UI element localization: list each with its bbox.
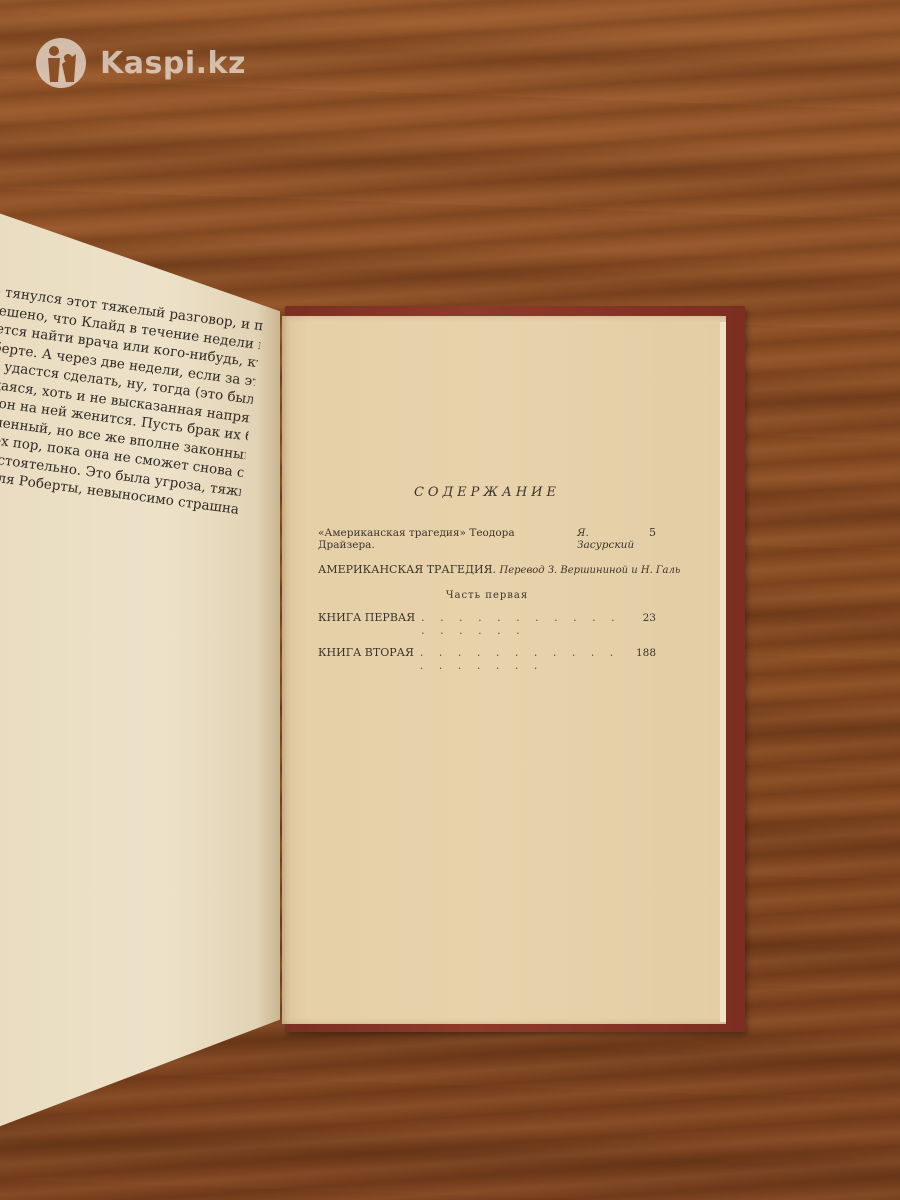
toc-intro-entry: «Американская трагедия» Теодора Драйзера… xyxy=(318,526,656,551)
entry-page: 188 xyxy=(636,647,656,659)
toc-part-heading: Часть первая xyxy=(318,590,656,601)
leader-dots: . . . . . . . . . . . . . . . . . xyxy=(421,611,636,637)
page-edge xyxy=(720,322,726,1022)
intro-text: «Американская трагедия» Теодора Драйзера… xyxy=(318,527,574,551)
left-page-text: о тянулся этот тяжелый разговор, и под р… xyxy=(0,282,264,519)
toc-entry: КНИГА ПЕРВАЯ . . . . . . . . . . . . . .… xyxy=(318,611,656,637)
watermark: Kaspi.kz xyxy=(36,38,246,88)
toc-main-title: АМЕРИКАНСКАЯ ТРАГЕДИЯ. Перевод З. Вершин… xyxy=(318,563,656,576)
watermark-text: Kaspi.kz xyxy=(100,46,246,81)
kaspi-logo-icon xyxy=(36,38,86,88)
entry-label: КНИГА ПЕРВАЯ xyxy=(318,611,415,624)
toc-entry: КНИГА ВТОРАЯ . . . . . . . . . . . . . .… xyxy=(318,646,656,672)
intro-author: Я. Засурский xyxy=(577,527,649,551)
toc-title: СОДЕРЖАНИЕ xyxy=(318,485,656,500)
leader-dots: . . . . . . . . . . . . . . . . . . xyxy=(420,646,630,672)
main-title: АМЕРИКАНСКАЯ ТРАГЕДИЯ. xyxy=(318,563,496,576)
intro-page: 5 xyxy=(649,526,656,539)
table-of-contents: СОДЕРЖАНИЕ «Американская трагедия» Теодо… xyxy=(318,485,656,681)
translators: Перевод З. Вершининой и Н. Галь xyxy=(500,565,681,576)
entry-page: 23 xyxy=(643,612,656,624)
entry-label: КНИГА ВТОРАЯ xyxy=(318,646,414,659)
